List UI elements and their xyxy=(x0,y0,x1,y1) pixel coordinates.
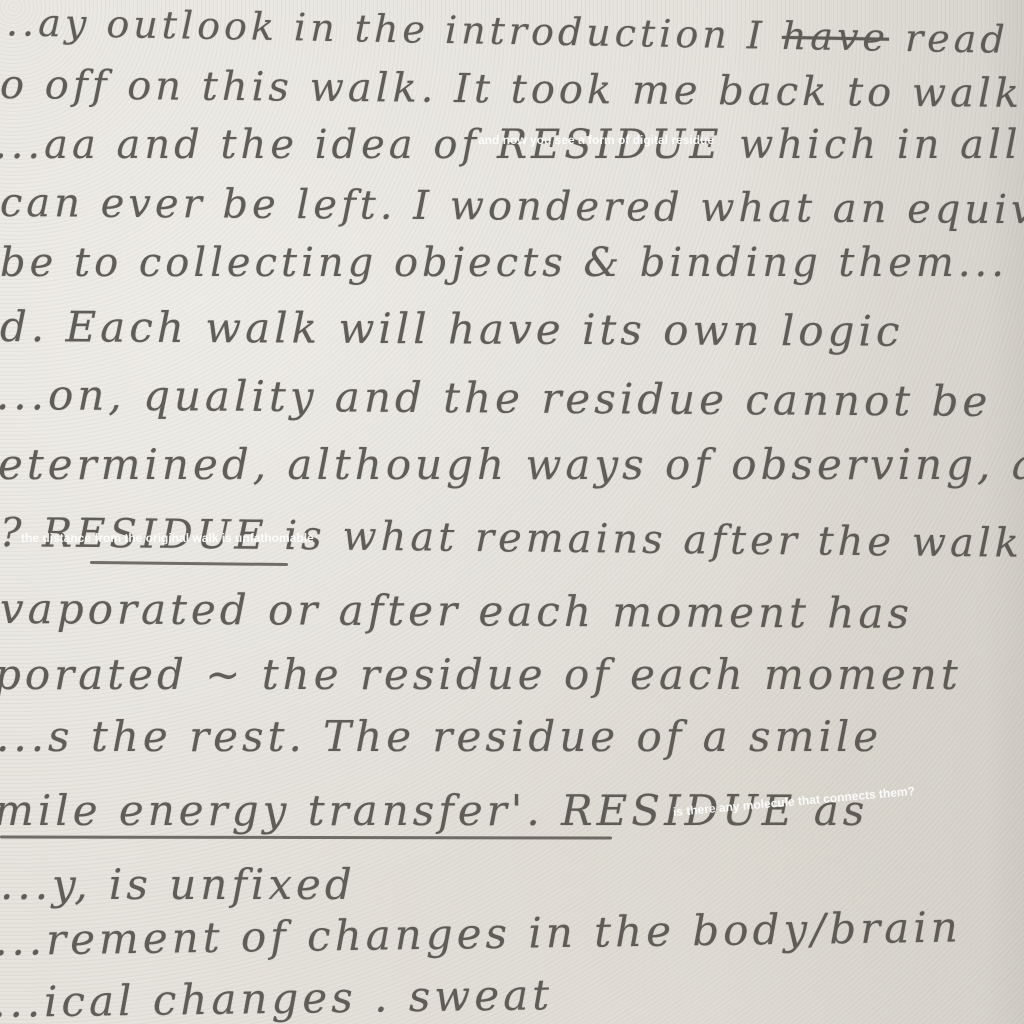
notebook-page: ...ay outlook in the introduction I have… xyxy=(0,0,1024,1024)
handwritten-line: ...rement of changes in the body/brain xyxy=(0,902,962,965)
handwritten-line: ...s the rest. The residue of a smile xyxy=(0,712,882,761)
handwritten-line: be to collecting objects & binding them.… xyxy=(0,240,1008,286)
handwritten-line: o off on this walk. It took me back to w… xyxy=(0,62,1024,118)
handwritten-line: d. Each walk will have its own logic xyxy=(0,302,904,356)
underline-residue xyxy=(90,561,288,566)
handwritten-line: ...ical changes . sweat xyxy=(0,970,553,1024)
overlay-caption-digital-residue: and now you see a form of digital residu… xyxy=(478,133,714,147)
overlay-caption-distance: the distance from the original walk is u… xyxy=(21,531,314,545)
handwritten-line: vaporated or after each moment has xyxy=(0,584,913,638)
handwritten-line: ...y, is unfixed xyxy=(0,860,356,909)
underline-energy-transfer xyxy=(0,835,612,839)
handwritten-line: ...on, quality and the residue cannot be xyxy=(0,370,991,426)
handwritten-line: etermined, although ways of observing, a… xyxy=(0,440,1024,489)
handwritten-line: can ever be left. I wondered what an equ… xyxy=(0,180,1024,234)
handwritten-line: porated ~ the residue of each moment xyxy=(0,650,962,699)
struck-word: have xyxy=(782,14,890,60)
handwritten-line: ...ay outlook in the introduction I have… xyxy=(0,0,1024,65)
